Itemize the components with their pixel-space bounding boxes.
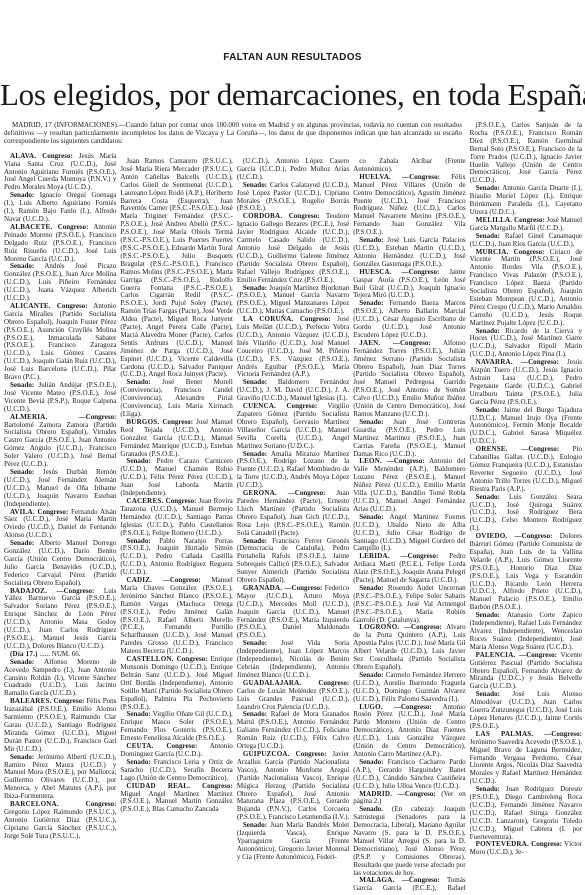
entry-paragraph: Juan Ramos Camarero (P.S.U.C.), José Mar… <box>120 158 232 379</box>
province-name: PONTEVEDRA. <box>476 840 529 848</box>
entry-paragraph: Senado: Virgilio Oñate Gil (U.C.D.), Enr… <box>120 711 232 743</box>
candidate-list: Federico Mayor (U.C.D.), Arturo Moya (U.… <box>237 584 349 639</box>
province-entry: PALENCIA. —Congreso: Vicente Gutiérrez P… <box>470 652 582 692</box>
province-entry: HUESCA. —Congreso: Jaime Gaspar Auría (P… <box>353 269 465 301</box>
chamber-label: —Congreso: <box>394 703 432 711</box>
province-name: HUESCA. <box>359 268 392 276</box>
chamber-label: —Congreso: <box>402 876 440 884</box>
candidate-list: (U.C.D.), Antonio López Casero García (U… <box>237 157 349 181</box>
chamber-label: Senado: <box>359 513 383 521</box>
candidate-list: Dolores Ibárruri Gómez (Partido Comunist… <box>470 532 582 611</box>
chamber-label: Senado: <box>243 181 267 189</box>
province-entry: MALAGA. —Congreso: Tomás García García (… <box>353 877 465 892</box>
chamber-label: Senado: <box>359 758 383 766</box>
province-name: MURCIA. <box>476 248 509 256</box>
candidate-list: Alfonso Fernández Torres (P.S.O.E.), Jul… <box>353 339 465 418</box>
entry-paragraph: Senado: Amalia Miranzo Martínez (P.S.O.E… <box>237 451 349 491</box>
chamber-label: —Congreso: <box>393 339 431 347</box>
chamber-label: —Congreso: <box>79 413 117 421</box>
chamber-label: Senado: <box>243 450 267 458</box>
entry-paragraph: Senado: Carlos Calatayud (U.C.D.), José … <box>237 182 349 214</box>
candidate-list: Pío Cabanillas Gallas (U.C.D.), Eulogio … <box>470 445 582 493</box>
entry-paragraph: Senado: Luis González Seara (U.C.D.), Jo… <box>470 494 582 534</box>
candidate-list: Gregorio López Raimundo (P.S.U.C.), Anto… <box>4 808 116 840</box>
chamber-label: Senado: <box>243 639 267 647</box>
province-name: LUGO. <box>359 703 383 711</box>
province-name: BALEARES. <box>10 697 52 705</box>
province-name: CASTELLON. <box>126 655 173 663</box>
candidate-list: Jesús Aizpún Tuero (U.C.D.), Jesús Ignac… <box>470 358 582 406</box>
province-name: CADIZ. <box>126 576 152 584</box>
chamber-label: Congreso: <box>318 679 349 687</box>
province-name: LERIDA. <box>359 552 390 560</box>
province-entry: GUIPUZCOA. Congreso: Javier Arzallus Gar… <box>237 751 349 822</box>
entry-paragraph: Senado: Alberto Manuel Dorrego González … <box>4 540 116 587</box>
entry-paragraph: Senado: Jerónimo Albertí (U.C.D.), Ramir… <box>4 754 116 801</box>
candidate-list: Alvaro de la Porta Quintero (A.P.), Luis… <box>353 623 465 671</box>
chamber-label: Senado: <box>126 378 150 386</box>
column-2: Juan Ramos Camarero (P.S.U.C.), José Mar… <box>120 122 232 892</box>
chamber-label: —Congreso: <box>288 489 326 497</box>
candidate-list: Antonio del Valle Menéndez (A.P.), Baldo… <box>353 457 465 512</box>
entry-paragraph: Senado: Francisco Leria y Ortiz de Sarac… <box>120 759 232 783</box>
chamber-label: —Congreso: <box>398 790 436 798</box>
chamber-label: Congreso: <box>286 402 317 410</box>
candidate-list: Juan Ramos Camarero (P.S.U.C.), José Mar… <box>120 157 232 378</box>
intro-paragraph: MADRID, 17 (INFORMACIONES).—Cuando falta… <box>4 122 462 146</box>
chamber-label: Congreso: <box>300 315 331 323</box>
chamber-label: Congreso: <box>289 212 320 220</box>
province-entry: CIUDAD REAL. Congreso: Miguel Angel Mart… <box>120 783 232 815</box>
province-entry: GERONA. —Congreso: Juan Paredes Hernánde… <box>237 490 349 537</box>
province-name: ORENSE. <box>476 445 508 453</box>
province-entry: BURGOS. Congreso: José Manuel Reol Tejad… <box>120 419 232 459</box>
province-entry: LUGO. —Congreso: Antonio Rosón Pérez (U.… <box>353 704 465 759</box>
chamber-label: —Congreso: <box>544 730 582 738</box>
chamber-label: Senado: <box>476 184 500 192</box>
province-name: HUELVA. <box>359 173 391 181</box>
entry-paragraph: (P.S.O.E.), Carlos Sanjuán de la Rocha (… <box>470 122 582 185</box>
chamber-label: Congreso: <box>38 508 69 516</box>
chamber-label: Congreso: <box>531 840 562 848</box>
entry-paragraph: Senado: Fernando Baeza Marcos (P.S.O.E.)… <box>353 300 465 340</box>
province-entry: LEON. —Congreso: Antonio del Valle Menén… <box>353 458 465 513</box>
province-entry: LOGROÑO. —Congreso: Alvaro de la Porta Q… <box>353 624 465 671</box>
article-body: MADRID, 17 (INFORMACIONES).—Cuando falta… <box>4 122 582 892</box>
chamber-label: Senado: <box>10 191 34 199</box>
chamber-label: —Congreso: <box>284 584 322 592</box>
candidate-list: Francisco Ferrer Gironés (Democracia de … <box>237 537 349 585</box>
chamber-label: Senado: <box>359 299 383 307</box>
column-5: (P.S.O.E.), Carlos Sanjuán de la Rocha (… <box>470 122 582 892</box>
chamber-label: Senado: <box>243 710 267 718</box>
province-name: LAS PALMAS. <box>476 730 534 738</box>
entry-paragraph: Senado. (En cabeza): Joaquín Satrústegui… <box>353 806 465 877</box>
chamber-label: Senado: <box>10 381 34 389</box>
chamber-label: Congreso: <box>177 655 208 663</box>
province-entry: JAEN. —Congreso: Alfonso Fernández Torre… <box>353 340 465 419</box>
province-entry: AVILA. Congreso: Fernando Alsán Sáez (U.… <box>4 509 116 541</box>
entry-paragraph: Senado: Jaime del Burgo Tajadura (U.D.C.… <box>470 407 582 447</box>
chamber-label: Senado: <box>359 236 383 244</box>
chamber-label: Senado: <box>126 457 150 465</box>
chamber-label: Senado: <box>476 327 500 335</box>
chamber-label: Senado: <box>476 785 500 793</box>
candidate-list: Manuel María Chaves González (P.S.O.E.),… <box>120 576 232 655</box>
province-entry: ALAVA. Congreso: Jesús María Viana Santa… <box>4 153 116 193</box>
entry-paragraph: co Zabala Alcíbar (Frente Autonómico). <box>353 158 465 174</box>
province-entry: CORDOBA. Congreso: Teodoro Ignacio Galle… <box>237 213 349 284</box>
province-name: ALBACETE. <box>10 223 52 231</box>
chamber-label: Senado. <box>359 805 383 813</box>
entry-paragraph: Senado: Andrés José Picazo González (P.S… <box>4 263 116 303</box>
chamber-label: Senado: <box>10 468 34 476</box>
chamber-label: Senado: <box>476 690 500 698</box>
province-entry: GRANADA. —Congreso: Federico Mayor (U.C.… <box>237 585 349 640</box>
province-name: LA CORUÑA. <box>243 315 294 323</box>
entry-paragraph: Senado: Jesús Durbán Remón (U.C.D.), Jos… <box>4 469 116 509</box>
entry-paragraph: Senado: Rafael de Mora Granados Marul (P… <box>237 711 349 751</box>
entry-paragraph: Senado: Alfonso Moreno de Acevedo Samped… <box>4 659 116 699</box>
entry-paragraph: Senado: Ricardo de la Cierva y Hoces (U.… <box>470 328 582 360</box>
entry-paragraph: Senado: Pedro Carazo Carnicero (U.C.D.),… <box>120 458 232 498</box>
column-4: co Zabala Alcíbar (Frente Autonómico).HU… <box>353 122 465 892</box>
province-name: ALMERIA. <box>10 413 47 421</box>
candidate-list: Alberto Manuel Dorrego González (U.C.D.)… <box>4 539 116 587</box>
province-entry: CUENCA. Congreso: Virgilio Zapatero Góme… <box>237 403 349 450</box>
chamber-label: Senado: <box>10 658 34 666</box>
province-name: JAEN. <box>359 339 380 347</box>
candidate-list: Jerónimo Saavedra Acevedo (P.S.O.E.), Mi… <box>470 738 582 786</box>
province-name: BURGOS. <box>126 418 159 426</box>
entry-paragraph: Senado: José Luis Alonso Almodóvar (U.C.… <box>470 691 582 731</box>
province-name: MELILLA. <box>476 216 513 224</box>
candidate-list: Luis Yáñez Barnuevo García (P.S.O.E.), S… <box>4 587 116 650</box>
province-entry: ALMERIA. —Congreso: Bartolomé Zamora Zam… <box>4 414 116 469</box>
candidate-list: Enrique Monsonís Domingo (U.C.D.), Enriq… <box>120 655 232 710</box>
chamber-label: Senado: <box>243 284 267 292</box>
entry-paragraph: (U.C.D.), Antonio López Casero García (U… <box>237 158 349 182</box>
candidate-list: Félix Pons Irazazábal (P.S.O.E.), Emilio… <box>4 697 116 752</box>
province-name: CACERES. <box>126 497 163 505</box>
kicker-heading: FALTAN AUN RESULTADOS <box>0 52 585 63</box>
candidate-list: Juan Rodríguez Doreste (P.S.O.E.), Diego… <box>470 785 582 840</box>
province-entry: LAS PALMAS. —Congreso: Jerónimo Saavedra… <box>470 731 582 786</box>
province-entry: ALICANTE. Congreso: Antonio García Miral… <box>4 303 116 382</box>
province-name: PALENCIA. <box>476 651 516 659</box>
chamber-label: —Congreso: <box>401 552 439 560</box>
chamber-label: —Congreso: <box>521 445 559 453</box>
chamber-label: Senado: <box>243 537 267 545</box>
province-entry: OVIEDO. —Congreso: Dolores Ibárruri Góme… <box>470 533 582 612</box>
entry-paragraph: Senado: Juan José Contreras Guardia (P.S… <box>353 419 465 459</box>
page-headline: Los elegidos, por demarcaciones, en toda… <box>0 78 585 112</box>
chamber-label: Congreso: <box>296 750 327 758</box>
candidate-list: Carlos de Luxán Meléndez (P.S.O.E.), Lui… <box>237 687 349 711</box>
province-name: LEON. <box>359 457 382 465</box>
province-name: MADRID. <box>359 790 392 798</box>
chamber-label: —Congreso: <box>57 587 95 595</box>
column-3: (U.C.D.), Antonio López Casero García (U… <box>237 122 349 892</box>
chamber-label: Congreso: <box>54 697 85 705</box>
chamber-label: —Congreso: <box>163 576 201 584</box>
candidate-list: co Zabala Alcíbar (Frente Autonómico). <box>353 157 465 173</box>
province-entry: HUELVA. —Congreso: Félix Manuel Pérez Vi… <box>353 174 465 237</box>
province-entry: PONTEVEDRA. Congreso: Víctor Moro (U.C.D… <box>470 841 582 857</box>
candidate-list: (P.S.O.E.), Carlos Sanjuán de la Rocha (… <box>470 122 582 184</box>
chamber-label: Senado: <box>126 710 150 718</box>
candidate-list: Miguel Angel Martínez Martínez (P.S.O.E.… <box>120 790 232 814</box>
entry-paragraph: Senado: Juan Rodríguez Doreste (P.S.O.E.… <box>470 786 582 841</box>
chamber-label: —Congreso: <box>402 268 440 276</box>
candidate-list: (En cabeza): Joaquín Satrústegui (Senado… <box>353 805 465 876</box>
entry-paragraph: Senado: Joaquín Martínez Bjorkman (P.S.O… <box>237 285 349 317</box>
chamber-label: Senado: <box>476 406 500 414</box>
province-entry: CADIZ. —Congreso: Manuel María Chaves Go… <box>120 577 232 656</box>
chamber-label: Senado: <box>126 758 150 766</box>
province-name: CORDOBA. <box>243 212 282 220</box>
province-entry: CASTELLON. Congreso: Enrique Monsonís Do… <box>120 656 232 711</box>
chamber-label: Congreso: <box>514 248 545 256</box>
chamber-label: Congreso: <box>166 497 197 505</box>
candidate-list: Ciriaco de Vicente Martín (P.S.O.E.), Jo… <box>470 248 582 327</box>
entry-paragraph: Senado: Carmelo Fernández Herrero (U.C.D… <box>353 672 465 704</box>
entry-paragraph: Senado: Francisco Cacharro Pardo (A.P.),… <box>353 759 465 791</box>
province-name: ALAVA. <box>10 152 36 160</box>
chamber-label: Congreso: <box>166 742 197 750</box>
candidate-list: Juan Paredes Hernández (Pacte), Ernesto … <box>237 489 349 537</box>
chamber-label: Congreso: <box>162 418 193 426</box>
chamber-label: Senado: <box>359 671 383 679</box>
candidate-list: Teodoro Ignacio Gallego Bezares (P.C.E.)… <box>237 212 349 283</box>
province-entry: BADAJOZ. —Congreso: Luis Yáñez Barnuevo … <box>4 588 116 651</box>
column-1: MADRID, 17 (INFORMACIONES).—Cuando falta… <box>4 122 116 892</box>
province-entry: GUADALAJARA. Congreso: Carlos de Luxán M… <box>237 680 349 712</box>
entry-paragraph: Senado: José Benet Morell (Convivencia),… <box>120 379 232 419</box>
province-entry: ALBACETE. Congreso: Antonio Peinado More… <box>4 224 116 264</box>
chamber-label: Congreso: <box>57 302 88 310</box>
chamber-label: Congreso: <box>514 216 545 224</box>
chamber-label: Senado: <box>243 378 267 386</box>
province-entry: ORENSE. —Congreso: Pío Cabanillas Gallas… <box>470 446 582 493</box>
province-entry: BARCELONA. Congreso: Gregorio López Raim… <box>4 801 116 841</box>
chamber-label: Congreso: <box>86 800 117 808</box>
province-name: (Día 17.) <box>10 650 38 658</box>
entry-paragraph: Senado: Rosendo Audet Uncernan (P.S.C.-P… <box>353 585 465 625</box>
entry-paragraph: Senado: Angel Martínez Fuertes (U.C.D.),… <box>353 514 465 554</box>
province-name: MALAGA. <box>359 876 394 884</box>
province-name: GUADALAJARA. <box>243 679 302 687</box>
chamber-label: Senado: <box>476 611 500 619</box>
entry-paragraph: Senado: José Vida Soria (Independiente),… <box>237 640 349 680</box>
chamber-label: —Congreso: <box>521 358 559 366</box>
entry-paragraph: Senado: José Luis García Palacios (U.C.D… <box>353 237 465 269</box>
chamber-label: Senado: <box>126 537 150 545</box>
province-name: AVILA. <box>10 508 35 516</box>
province-name: CIUDAD REAL. <box>126 782 190 790</box>
candidate-list: Jerónimo Albertí (U.C.D.), Ramiro Pérez … <box>4 753 116 801</box>
chamber-label: —Congreso: <box>404 623 442 631</box>
province-entry: LERIDA. —Congreso: Pedro Ardiaca Martí (… <box>353 553 465 585</box>
chamber-label: Senado: <box>359 418 383 426</box>
candidate-list: Félix Manuel Pérez Villares (Unión de Ce… <box>353 173 465 236</box>
chamber-label: Congreso: <box>42 152 73 160</box>
chamber-label: Congreso: <box>58 223 89 231</box>
chamber-label: Senado: <box>10 539 34 547</box>
entry-paragraph: Senado: Julián Andújar (P.S.O.E.), José … <box>4 382 116 414</box>
province-entry: MELILLA. Congreso: José Manuel García Ma… <box>470 217 582 233</box>
candidate-list: Antonio Rosón Pérez (U.C.D.), José María… <box>353 703 465 758</box>
province-entry: CACERES. Congreso: Juan Rovira Tarazona … <box>120 498 232 538</box>
chamber-label: Senado: <box>10 753 34 761</box>
entry-paragraph: Senado: Baldomero Fernández (U.C.D.), J.… <box>237 379 349 403</box>
province-name: GRANADA. <box>243 584 282 592</box>
province-entry: NAVARRA. —Congreso: Jesús Aizpún Tuero (… <box>470 359 582 406</box>
candidate-list: ...... NUM. 66. <box>39 650 80 658</box>
province-entry: MURCIA. Congreso: Ciriaco de Vicente Mar… <box>470 249 582 328</box>
province-name: BARCELONA. <box>10 800 59 808</box>
province-name: CUENCA. <box>243 402 276 410</box>
province-name: GERONA. <box>243 489 277 497</box>
province-entry: BALEARES. Congreso: Félix Pons Irazazába… <box>4 698 116 753</box>
province-name: OVIEDO. <box>476 532 508 540</box>
province-name: LOGROÑO. <box>359 623 399 631</box>
entry-paragraph: Senado: Ignacio Oreguí Goenaga (I.), Lui… <box>4 192 116 224</box>
province-name: NAVARRA. <box>476 358 513 366</box>
chamber-label: Congreso: <box>202 782 233 790</box>
candidate-list: Antonio García Miralles (Partido Sociali… <box>4 302 116 381</box>
province-name: BADAJOZ. <box>10 587 47 595</box>
chamber-label: Senado: <box>476 232 500 240</box>
chamber-label: Senado: <box>243 821 267 829</box>
entry-paragraph: Senado: Francisco Ferrer Gironés (Democr… <box>237 538 349 585</box>
chamber-label: —Congreso: <box>387 457 425 465</box>
province-entry: CEUTA. Congreso: Antonio Domínguez Garcí… <box>120 743 232 759</box>
province-name: CEUTA. <box>126 742 153 750</box>
candidate-list: Bartolomé Zamora Zamora (Partido Sociali… <box>4 421 116 469</box>
chamber-label: Senado: <box>10 262 34 270</box>
chamber-label: Senado: <box>476 493 500 501</box>
candidate-list: Virgilio Zapatero Gómez (Partido Sociali… <box>237 402 349 450</box>
entry-paragraph: Senado: Antonio García Duarte (I.), Brau… <box>470 185 582 217</box>
candidate-list: Javier Arzallus García (Partido Nacional… <box>237 750 349 821</box>
entry-paragraph: Senado: Pablo Naranjo Porras (P.S.O.E.),… <box>120 538 232 578</box>
chamber-label: —Congreso: <box>519 651 557 659</box>
candidate-list: José Luis Meilán (U.C.D.), Perfecto Yebr… <box>237 315 349 378</box>
province-entry: LA CORUÑA. Congreso: José Luis Meilán (U… <box>237 316 349 379</box>
chamber-label: Senado: <box>359 584 383 592</box>
entry-paragraph: Senado: Atanasio Corte Zapico (Independi… <box>470 612 582 652</box>
entry-paragraph: Senado: Juan María Bandrés Molet (Izquie… <box>237 822 349 862</box>
chamber-label: —Congreso: <box>402 173 440 181</box>
province-entry: MADRID. —Congreso: (Ver en página 2.) <box>353 791 465 807</box>
province-name: ALICANTE. <box>10 302 51 310</box>
province-name: GUIPUZCOA. <box>243 750 290 758</box>
entry-paragraph: Senado: Rafael Ginel Canamaque (U.C.D.),… <box>470 233 582 249</box>
chamber-label: —Congreso: <box>515 532 553 540</box>
